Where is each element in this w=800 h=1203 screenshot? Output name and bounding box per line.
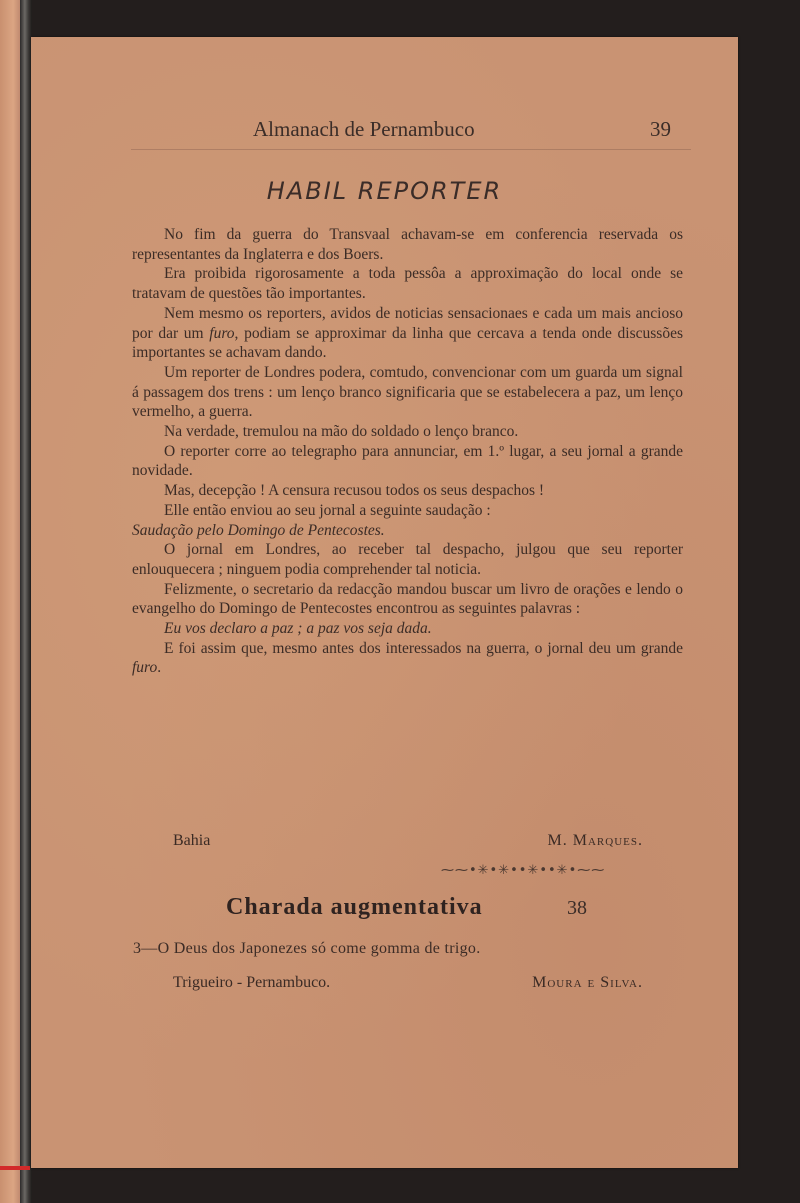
riddle-place: Trigueiro - Pernambuco. [173, 974, 330, 992]
text-run: E foi assim que, mesmo antes dos interes… [164, 640, 683, 657]
italic-quote: Eu vos declaro a paz ; a paz vos seja da… [132, 619, 683, 639]
section-title: Charada augmentativa [226, 894, 483, 921]
text-run: . [157, 659, 161, 676]
facing-page-edge [0, 0, 22, 1203]
spine-red-mark [0, 1166, 30, 1170]
book-page: Almanach de Pernambuco 39 HABIL REPORTER… [31, 37, 738, 1168]
paragraph: Era proibida rigorosamente a toda pessôa… [132, 264, 683, 303]
section-number: 38 [567, 897, 587, 920]
paragraph: Elle então enviou ao seu jornal a seguin… [132, 501, 683, 521]
article-title: HABIL REPORTER [31, 177, 738, 205]
paragraph: Felizmente, o secretario da redacção man… [132, 580, 683, 619]
article-body: No fim da guerra do Transvaal achavam-se… [132, 225, 683, 678]
italic-word: furo [209, 325, 234, 342]
riddle-signoff: Trigueiro - Pernambuco. Moura e Silva. [173, 974, 643, 996]
paragraph: Nem mesmo os reporters, avidos de notici… [132, 304, 683, 363]
paragraph: Mas, decepção ! A censura recusou todos … [132, 481, 683, 501]
riddle-author: Moura e Silva. [532, 974, 643, 992]
article-signoff: Bahia M. Marques. [173, 832, 643, 854]
paragraph: Na verdade, tremulou na mão do soldado o… [132, 422, 683, 442]
italic-word: furo [132, 659, 157, 676]
signoff-place: Bahia [173, 832, 210, 850]
signoff-author: M. Marques. [548, 832, 643, 850]
italic-salutation: Saudação pelo Domingo de Pentecostes. [132, 521, 683, 541]
paragraph: O reporter corre ao telegrapho para annu… [132, 442, 683, 481]
paragraph: O jornal em Londres, ao receber tal desp… [132, 540, 683, 579]
header-rule [131, 149, 691, 150]
ornament-divider: ⁓⁓•✳•✳••✳••✳•⁓⁓ [441, 863, 605, 878]
running-head: Almanach de Pernambuco 39 [31, 117, 738, 147]
paragraph: E foi assim que, mesmo antes dos interes… [132, 639, 683, 678]
paragraph: No fim da guerra do Transvaal achavam-se… [132, 225, 683, 264]
running-title: Almanach de Pernambuco [253, 117, 475, 142]
page-number: 39 [650, 117, 671, 142]
paragraph: Um reporter de Londres podera, comtudo, … [132, 363, 683, 422]
riddle-text: 3—O Deus dos Japonezes só come gomma de … [133, 940, 481, 958]
